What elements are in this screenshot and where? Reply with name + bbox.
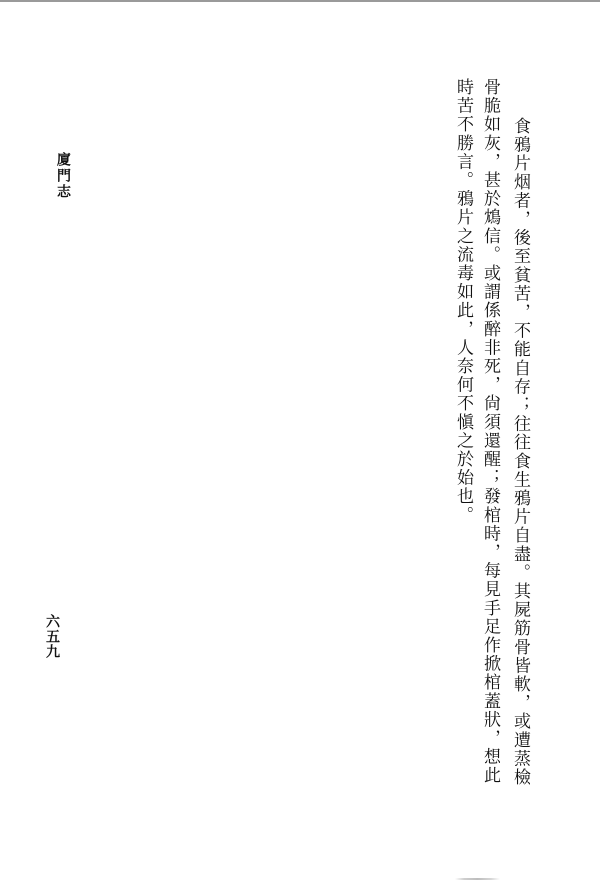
page-number: 六五九 bbox=[45, 614, 59, 659]
scan-artifact bbox=[455, 878, 500, 880]
page-top-border bbox=[0, 0, 600, 2]
text-column-2: 骨脆如灰，甚於鴆信。或謂係醉非死，尙須還醒；發棺時，每見手足作掀棺蓋狀，想此 bbox=[481, 78, 498, 785]
margin-book-title: 廈門志 bbox=[56, 152, 70, 200]
text-column-1: 食鴉片烟者，後至貧苦，不能自存；往往食生鴉片自盡。其屍筋骨皆軟，或遭蒸檢 bbox=[511, 117, 528, 787]
text-column-3: 時苦不勝言。鴉片之流毒如此，人奈何不愼之於始也。 bbox=[454, 78, 471, 524]
